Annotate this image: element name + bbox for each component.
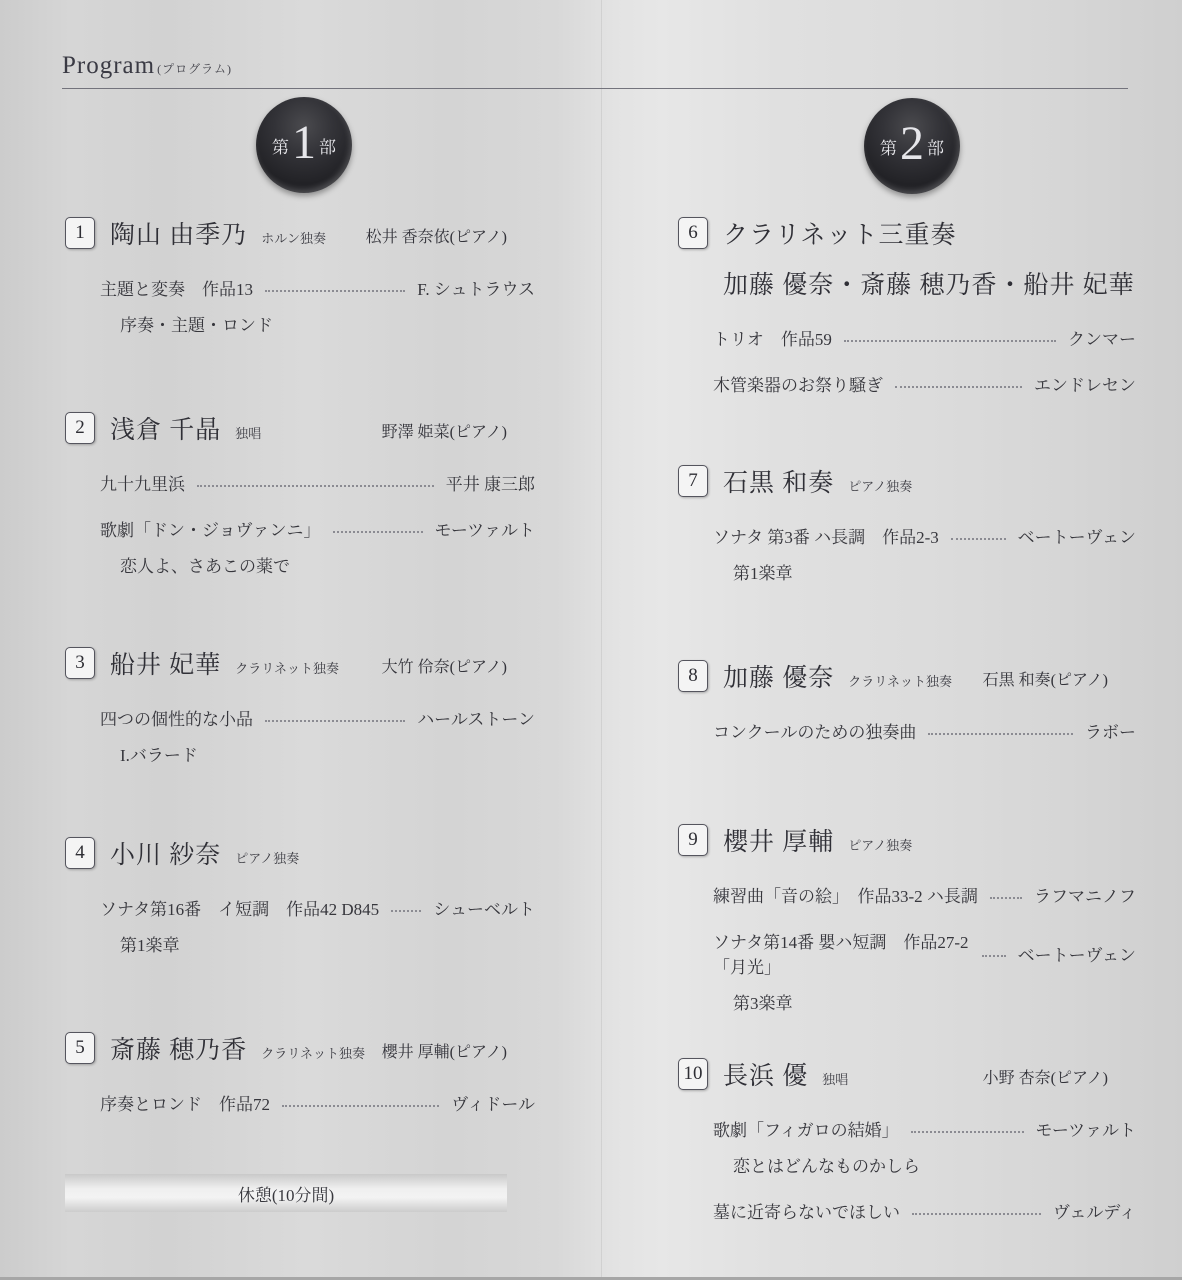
program-item-header: 2浅倉 千晶独唱野澤 姫菜(ピアノ): [65, 410, 535, 446]
program-item-header: 4小川 紗奈ピアノ独奏: [65, 835, 535, 871]
program-item-header: 5斎藤 穂乃香クラリネット独奏櫻井 厚輔(ピアノ): [65, 1030, 535, 1066]
program-item-header: 9櫻井 厚輔ピアノ独奏: [678, 822, 1136, 858]
piece-title: 主題と変奏 作品13: [100, 275, 253, 300]
dotted-leader: [990, 897, 1022, 899]
piece-list: ソナタ 第3番 ハ長調 作品2-3ベートーヴェン第1楽章: [678, 523, 1136, 584]
item-number-badge: 7: [678, 465, 708, 497]
part-1-column: 1陶山 由季乃ホルン独奏松井 香奈依(ピアノ)主題と変奏 作品13F. シュトラ…: [65, 0, 535, 1280]
composer-name: エンドレセン: [1034, 371, 1136, 396]
piece-row: トリオ 作品59クンマー: [713, 325, 1136, 350]
performer-name: 長浜 優: [723, 1056, 808, 1092]
program-item: 4小川 紗奈ピアノ独奏ソナタ第16番 イ短調 作品42 D845シューベルト第1…: [65, 835, 535, 956]
program-item: 10長浜 優独唱小野 杏奈(ピアノ)歌劇「フィガロの結婚」モーツァルト恋とはどん…: [678, 1056, 1136, 1223]
piece-row: ソナタ第16番 イ短調 作品42 D845シューベルト: [100, 895, 535, 920]
item-number-badge: 5: [65, 1032, 95, 1064]
performer-role: ピアノ独奏: [848, 827, 912, 854]
dotted-leader: [911, 1131, 1024, 1133]
composer-name: ヴィドール: [451, 1090, 535, 1115]
composer-name: ラボー: [1085, 718, 1136, 743]
item-number-badge: 10: [678, 1058, 708, 1090]
performer-name: 小川 紗奈: [110, 835, 221, 871]
page-fold-line: [601, 0, 602, 1280]
performer-role: クラリネット独奏: [235, 650, 339, 677]
program-item-header: 8加藤 優奈クラリネット独奏石黒 和奏(ピアノ): [678, 658, 1136, 694]
composer-name: ラフマニノフ: [1034, 882, 1136, 907]
composer-name: 平井 康三郎: [446, 470, 535, 495]
dotted-leader: [912, 1213, 1041, 1215]
program-item: 6クラリネット三重奏加藤 優奈・斎藤 穂乃香・船井 妃華トリオ 作品59クンマー…: [678, 215, 1136, 396]
performer-role: ピアノ独奏: [848, 468, 912, 495]
piece-row: 歌劇「ドン・ジョヴァンニ」モーツァルト: [100, 516, 535, 541]
piece-title: ソナタ第14番 嬰ハ短調 作品27-2「月光」: [713, 928, 970, 978]
item-number-badge: 3: [65, 647, 95, 679]
piece-row: 四つの個性的な小品ハールストーン: [100, 705, 535, 730]
part-2-column: 6クラリネット三重奏加藤 優奈・斎藤 穂乃香・船井 妃華トリオ 作品59クンマー…: [678, 0, 1136, 1280]
item-number-badge: 6: [678, 217, 708, 249]
performer-name: クラリネット三重奏: [723, 215, 957, 251]
composer-name: モーツァルト: [1036, 1116, 1136, 1141]
dotted-leader: [333, 531, 423, 533]
performer-role: ホルン独奏: [261, 220, 326, 247]
performer-name: 石黒 和奏: [723, 463, 834, 499]
item-number-badge: 4: [65, 837, 95, 869]
composer-name: クンマー: [1068, 325, 1136, 350]
program-item: 3船井 妃華クラリネット独奏大竹 伶奈(ピアノ)四つの個性的な小品ハールストーン…: [65, 645, 535, 766]
piece-title: 四つの個性的な小品: [100, 705, 253, 730]
piece-subtitle: 第1楽章: [733, 559, 1136, 584]
piece-row: 木管楽器のお祭り騒ぎエンドレセン: [713, 371, 1136, 396]
dotted-leader: [928, 733, 1073, 735]
dotted-leader: [951, 538, 1006, 540]
performer-name: 櫻井 厚輔: [723, 822, 834, 858]
program-item: 8加藤 優奈クラリネット独奏石黒 和奏(ピアノ)コンクールのための独奏曲ラボー: [678, 658, 1136, 743]
dotted-leader: [844, 340, 1056, 342]
program-item-header: 3船井 妃華クラリネット独奏大竹 伶奈(ピアノ): [65, 645, 535, 681]
program-item-header: 6クラリネット三重奏: [678, 215, 1136, 251]
piece-subtitle: 第1楽章: [120, 931, 535, 956]
dotted-leader: [265, 290, 405, 292]
piece-list: 四つの個性的な小品ハールストーンI.バラード: [65, 705, 535, 766]
performer-name: 船井 妃華: [110, 645, 221, 681]
dotted-leader: [391, 910, 421, 912]
piece-subtitle: I.バラード: [120, 741, 535, 766]
accompanist-name: 松井 香奈依(ピアノ): [366, 220, 507, 247]
composer-name: ヴェルディ: [1053, 1198, 1136, 1223]
piece-row: ソナタ 第3番 ハ長調 作品2-3ベートーヴェン: [713, 523, 1136, 548]
accompanist-name: 石黒 和奏(ピアノ): [983, 663, 1108, 690]
piece-subtitle: 第3楽章: [733, 989, 1136, 1014]
piece-row: コンクールのための独奏曲ラボー: [713, 718, 1136, 743]
program-item: 7石黒 和奏ピアノ独奏ソナタ 第3番 ハ長調 作品2-3ベートーヴェン第1楽章: [678, 463, 1136, 584]
piece-title: 九十九里浜: [100, 470, 185, 495]
program-item: 2浅倉 千晶独唱野澤 姫菜(ピアノ)九十九里浜平井 康三郎歌劇「ドン・ジョヴァン…: [65, 410, 535, 577]
program-item: 5斎藤 穂乃香クラリネット独奏櫻井 厚輔(ピアノ)序奏とロンド 作品72ヴィドー…: [65, 1030, 535, 1115]
program-item: 9櫻井 厚輔ピアノ独奏練習曲「音の絵」 作品33-2 ハ長調ラフマニノフソナタ第…: [678, 822, 1136, 1014]
composer-name: モーツァルト: [435, 516, 535, 541]
composer-name: ベートーヴェン: [1018, 523, 1136, 548]
accompanist-name: 櫻井 厚輔(ピアノ): [382, 1035, 507, 1062]
piece-list: 歌劇「フィガロの結婚」モーツァルト恋とはどんなものかしら墓に近寄らないでほしいヴ…: [678, 1116, 1136, 1223]
composer-name: ハールストーン: [417, 705, 535, 730]
piece-row: 主題と変奏 作品13F. シュトラウス: [100, 275, 535, 300]
performer-name: 加藤 優奈: [723, 658, 834, 694]
piece-row: 墓に近寄らないでほしいヴェルディ: [713, 1198, 1136, 1223]
accompanist-name: 大竹 伶奈(ピアノ): [382, 650, 507, 677]
intermission-banner: 休憩(10分間): [65, 1174, 507, 1212]
piece-list: 練習曲「音の絵」 作品33-2 ハ長調ラフマニノフソナタ第14番 嬰ハ短調 作品…: [678, 882, 1136, 1014]
program-item-header: 7石黒 和奏ピアノ独奏: [678, 463, 1136, 499]
performer-name: 斎藤 穂乃香: [110, 1030, 247, 1066]
piece-title: ソナタ 第3番 ハ長調 作品2-3: [713, 523, 939, 548]
composer-name: F. シュトラウス: [417, 275, 535, 300]
program-item-header: 10長浜 優独唱小野 杏奈(ピアノ): [678, 1056, 1136, 1092]
piece-title: 歌劇「フィガロの結婚」: [713, 1116, 899, 1141]
program-page: { "page": { "title": "Program", "title_s…: [0, 0, 1182, 1280]
piece-list: コンクールのための独奏曲ラボー: [678, 718, 1136, 743]
dotted-leader: [265, 720, 405, 722]
dotted-leader: [197, 485, 434, 487]
performer-name: 浅倉 千晶: [110, 410, 221, 446]
performer-role: 独唱: [822, 1061, 848, 1088]
dotted-leader: [895, 386, 1022, 388]
performer-role: ピアノ独奏: [235, 840, 299, 867]
intermission-label: 休憩(10分間): [238, 1181, 334, 1206]
piece-title: 木管楽器のお祭り騒ぎ: [713, 371, 883, 396]
item-number-badge: 2: [65, 412, 95, 444]
piece-title: 練習曲「音の絵」 作品33-2 ハ長調: [713, 882, 978, 907]
piece-row: 歌劇「フィガロの結婚」モーツァルト: [713, 1116, 1136, 1141]
accompanist-name: 野澤 姫菜(ピアノ): [382, 415, 507, 442]
performer-role: クラリネット独奏: [848, 663, 952, 690]
piece-row: 九十九里浜平井 康三郎: [100, 470, 535, 495]
piece-subtitle: 恋人よ、さあこの薬で: [120, 552, 535, 577]
piece-list: ソナタ第16番 イ短調 作品42 D845シューベルト第1楽章: [65, 895, 535, 956]
piece-title: 序奏とロンド 作品72: [100, 1090, 270, 1115]
piece-title: コンクールのための独奏曲: [713, 718, 916, 743]
piece-title: ソナタ第16番 イ短調 作品42 D845: [100, 895, 379, 920]
program-item-header: 1陶山 由季乃ホルン独奏松井 香奈依(ピアノ): [65, 215, 535, 251]
composer-name: ベートーヴェン: [1018, 941, 1136, 966]
item-number-badge: 9: [678, 824, 708, 856]
piece-subtitle: 恋とはどんなものかしら: [733, 1152, 1136, 1177]
piece-list: 序奏とロンド 作品72ヴィドール: [65, 1090, 535, 1115]
performer-role: クラリネット独奏: [261, 1035, 365, 1062]
piece-list: 主題と変奏 作品13F. シュトラウス序奏・主題・ロンド: [65, 275, 535, 336]
item-number-badge: 1: [65, 217, 95, 249]
accompanist-name: 小野 杏奈(ピアノ): [983, 1061, 1108, 1088]
piece-row: 序奏とロンド 作品72ヴィドール: [100, 1090, 535, 1115]
piece-row: 練習曲「音の絵」 作品33-2 ハ長調ラフマニノフ: [713, 882, 1136, 907]
ensemble-members: 加藤 優奈・斎藤 穂乃香・船井 妃華: [723, 265, 1136, 301]
piece-title: トリオ 作品59: [713, 325, 832, 350]
piece-list: 九十九里浜平井 康三郎歌劇「ドン・ジョヴァンニ」モーツァルト恋人よ、さあこの薬で: [65, 470, 535, 577]
dotted-leader: [282, 1105, 439, 1107]
piece-row: ソナタ第14番 嬰ハ短調 作品27-2「月光」ベートーヴェン: [713, 928, 1136, 978]
program-item: 1陶山 由季乃ホルン独奏松井 香奈依(ピアノ)主題と変奏 作品13F. シュトラ…: [65, 215, 535, 336]
piece-title: 墓に近寄らないでほしい: [713, 1198, 900, 1223]
performer-name: 陶山 由季乃: [110, 215, 247, 251]
performer-role: 独唱: [235, 415, 261, 442]
composer-name: シューベルト: [433, 895, 535, 920]
piece-title: 歌劇「ドン・ジョヴァンニ」: [100, 516, 321, 541]
dotted-leader: [982, 955, 1006, 957]
item-number-badge: 8: [678, 660, 708, 692]
piece-subtitle: 序奏・主題・ロンド: [120, 311, 535, 336]
piece-list: トリオ 作品59クンマー木管楽器のお祭り騒ぎエンドレセン: [678, 325, 1136, 396]
